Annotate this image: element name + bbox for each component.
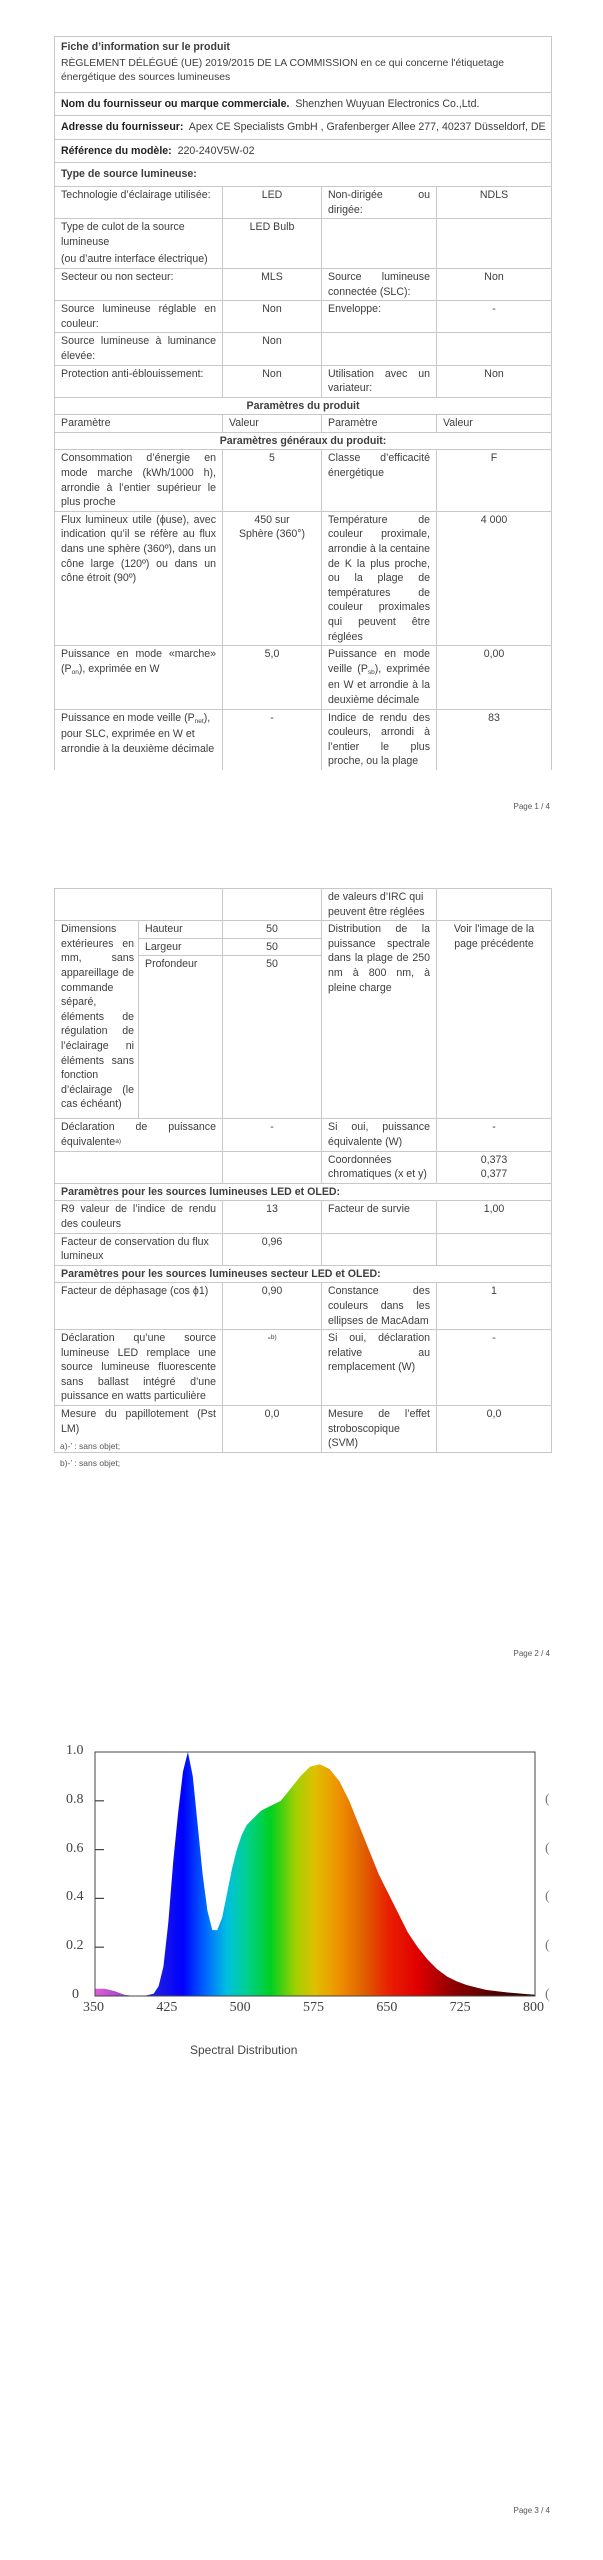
- right-tick-label: (: [545, 1841, 550, 1857]
- spectral-distribution-chart: 00.20.40.60.81.0 350425500575650725800 (…: [0, 1740, 603, 2090]
- param-value: -: [437, 1330, 552, 1406]
- param-label: [55, 889, 223, 921]
- param-label: de valeurs d’IRC qui peuvent être réglée…: [322, 889, 437, 921]
- param-value: 4 000: [437, 511, 552, 645]
- supplier-address: Apex CE Specialists GmbH , Grafenberger …: [189, 121, 546, 133]
- param-value: [223, 1151, 322, 1183]
- param-value: 0,00: [437, 646, 552, 709]
- x-tick-label: 500: [230, 2000, 251, 2016]
- right-tick-label: (: [545, 1987, 550, 2003]
- table-row: Source lumineuse réglable en couleur: No…: [55, 301, 552, 333]
- y-tick-label: 1.0: [66, 1743, 84, 1759]
- table-row: R9 valeur de l’indice de rendu des coule…: [55, 1201, 552, 1233]
- dimension-value: 50: [223, 938, 322, 956]
- param-value: 0,90: [223, 1283, 322, 1330]
- table-row: Coordonnées chromatiques (x et y) 0,3730…: [55, 1151, 552, 1183]
- param-value: 83: [437, 709, 552, 770]
- param-label: Puissance en mode «marche» (Pon), exprim…: [55, 646, 223, 709]
- x-tick-label: 575: [303, 2000, 324, 2016]
- table-row: Puissance en mode veille (Pnet), pour SL…: [55, 709, 552, 770]
- supplier-name-row: Nom du fournisseur ou marque commerciale…: [55, 92, 552, 116]
- param-value: 450 surSphère (360°): [223, 511, 322, 645]
- dimension-name: Hauteur: [139, 921, 223, 939]
- table-row: Protection anti-éblouissement: Non Utili…: [55, 365, 552, 397]
- y-tick-label: 0: [72, 1987, 79, 2003]
- param-value: -: [223, 709, 322, 770]
- param-label: Flux lumineux utile (ϕuse), avec indicat…: [55, 511, 223, 645]
- cap-type-label: Type de culot de la source lumineuse: [61, 220, 216, 249]
- table-row: Facteur de déphasage (cos ϕ1) 0,90 Const…: [55, 1283, 552, 1330]
- x-tick-label: 725: [450, 2000, 471, 2016]
- param-label: Facteur de conservation du flux lumineux: [55, 1233, 223, 1265]
- supplier-name: Shenzhen Wuyuan Electronics Co.,Ltd.: [295, 98, 479, 110]
- param-value: 13: [223, 1201, 322, 1233]
- page-title: Fiche d’information sur le produit: [55, 37, 552, 55]
- section-heading: Paramètres pour les sources lumineuses L…: [55, 1183, 552, 1201]
- param-value: Non: [223, 301, 322, 333]
- param-value: LED Bulb: [223, 219, 322, 269]
- x-tick-label: 650: [376, 2000, 397, 2016]
- model-value: 220-240V5W-02: [178, 145, 255, 157]
- y-tick-label: 0.4: [66, 1889, 84, 1905]
- param-value: 0,96: [223, 1233, 322, 1265]
- right-tick-label: (: [545, 1889, 550, 1905]
- spectral-chart-plot: [0, 1740, 603, 2090]
- param-label: Distribution de la puissance spectrale d…: [322, 921, 437, 1119]
- label-part: Puissance en mode veille (P: [61, 712, 195, 724]
- cap-type-sublabel: (ou d’autre interface électrique): [61, 252, 216, 267]
- param-value: -: [437, 301, 552, 333]
- param-value: 0,0: [437, 1406, 552, 1453]
- table-row: Facteur de conservation du flux lumineux…: [55, 1233, 552, 1265]
- param-label: Constance des couleurs dans les ellipses…: [322, 1283, 437, 1330]
- param-value: [437, 1233, 552, 1265]
- supplier-name-label: Nom du fournisseur ou marque commerciale…: [61, 98, 289, 110]
- dimensions-label: Dimensions extérieures en mm, sans appar…: [55, 921, 139, 1119]
- param-label: Secteur ou non secteur:: [55, 268, 223, 300]
- chroma-x: 0,373: [443, 1153, 545, 1168]
- param-label: [55, 1151, 223, 1183]
- table-row: Dimensions extérieures en mm, sans appar…: [55, 921, 552, 939]
- model-row: Référence du modèle: 220-240V5W-02: [55, 139, 552, 163]
- table-row: Technologie d’éclairage utilisée: LED No…: [55, 186, 552, 218]
- param-label: Utilisation avec un variateur:: [322, 365, 437, 397]
- param-label: [322, 219, 437, 269]
- param-value: NDLS: [437, 186, 552, 218]
- param-value: 0,0: [223, 1406, 322, 1453]
- param-label: Source lumineuse connectée (SLC):: [322, 268, 437, 300]
- supplier-address-row: Adresse du fournisseur: Apex CE Speciali…: [55, 116, 552, 140]
- dimension-name: Largeur: [139, 938, 223, 956]
- param-value: Non: [223, 333, 322, 365]
- param-label: Facteur de déphasage (cos ϕ1): [55, 1283, 223, 1330]
- param-label: Puissance en mode veille (Psb), exprimée…: [322, 646, 437, 709]
- param-value: [223, 889, 322, 921]
- param-value: Non: [437, 268, 552, 300]
- param-label: Technologie d’éclairage utilisée:: [55, 186, 223, 218]
- product-info-table-page2: de valeurs d’IRC qui peuvent être réglée…: [54, 888, 552, 1453]
- param-label: Non-dirigée ou dirigée:: [322, 186, 437, 218]
- param-label: Indice de rendu des couleurs, arrondi à …: [322, 709, 437, 770]
- flux-unit: Sphère (360°): [229, 527, 315, 542]
- label-part: Déclaration de puissance équivalente: [61, 1121, 216, 1148]
- param-value: Voir l'image de la page précédente: [437, 921, 552, 1119]
- x-tick-label: 800: [523, 2000, 544, 2016]
- param-value: -: [437, 1119, 552, 1151]
- param-label: Source lumineuse à luminance élevée:: [55, 333, 223, 365]
- column-header: Paramètre: [322, 415, 437, 433]
- param-value: 5: [223, 450, 322, 511]
- column-header: Valeur: [223, 415, 322, 433]
- table-row: de valeurs d’IRC qui peuvent être réglée…: [55, 889, 552, 921]
- param-value: -: [223, 1119, 322, 1151]
- supplier-address-label: Adresse du fournisseur:: [61, 121, 183, 133]
- x-tick-label: 350: [83, 2000, 104, 2016]
- footnote-ref: a): [115, 1138, 121, 1145]
- param-label: Puissance en mode veille (Pnet), pour SL…: [55, 709, 223, 770]
- subscript: sb: [368, 669, 375, 676]
- dimension-value: 50: [223, 956, 322, 1119]
- table-row: Flux lumineux utile (ϕuse), avec indicat…: [55, 511, 552, 645]
- param-label: Facteur de survie: [322, 1201, 437, 1233]
- param-label: Source lumineuse réglable en couleur:: [55, 301, 223, 333]
- param-value: 0,3730,377: [437, 1151, 552, 1183]
- param-label: Coordonnées chromatiques (x et y): [322, 1151, 437, 1183]
- dimension-name: Profondeur: [139, 956, 223, 1119]
- param-value: 1,00: [437, 1201, 552, 1233]
- param-label: Mesure de l’effet stroboscopique (SVM): [322, 1406, 437, 1453]
- param-value: MLS: [223, 268, 322, 300]
- param-value: 1: [437, 1283, 552, 1330]
- param-label: Déclaration qu’une source lumineuse LED …: [55, 1330, 223, 1406]
- param-value: LED: [223, 186, 322, 218]
- param-label: Si oui, déclaration relative au remplace…: [322, 1330, 437, 1406]
- model-label: Référence du modèle:: [61, 145, 172, 157]
- section-heading: Paramètres du produit: [55, 397, 552, 415]
- table-row: Mesure du papillotement (Pst LM) 0,0 Mes…: [55, 1406, 552, 1453]
- y-tick-label: 0.6: [66, 1841, 84, 1857]
- dimension-value: 50: [223, 921, 322, 939]
- y-tick-label: 0.2: [66, 1938, 84, 1954]
- table-row: Type de culot de la source lumineuse(ou …: [55, 219, 552, 269]
- section-heading: Paramètres pour les sources lumineuses s…: [55, 1265, 552, 1283]
- table-row: Déclaration qu’une source lumineuse LED …: [55, 1330, 552, 1406]
- light-source-type-heading: Type de source lumineuse:: [55, 163, 552, 187]
- param-label: R9 valeur de l’indice de rendu des coule…: [55, 1201, 223, 1233]
- flux-value: 450 sur: [229, 513, 315, 528]
- chart-title: Spectral Distribution: [190, 2043, 297, 2057]
- page-number: Page 1 / 4: [514, 802, 550, 811]
- param-value: Non: [437, 365, 552, 397]
- right-tick-label: (: [545, 1792, 550, 1808]
- subscript: net: [195, 718, 204, 725]
- footnote-b: b)-’ : sans objet;: [60, 1458, 120, 1468]
- section-heading: Paramètres généraux du produit:: [55, 432, 552, 450]
- right-tick-label: (: [545, 1938, 550, 1954]
- param-label: Enveloppe:: [322, 301, 437, 333]
- label-part: ), exprimée en W: [79, 663, 160, 675]
- column-headers: Paramètre Valeur Paramètre Valeur: [55, 415, 552, 433]
- page-number: Page 3 / 4: [514, 2506, 550, 2515]
- param-value: [437, 333, 552, 365]
- spectrum-area: [95, 1752, 535, 1996]
- regulation-text: RÈGLEMENT DÉLÉGUÉ (UE) 2019/2015 DE LA C…: [55, 55, 552, 93]
- param-label: [322, 1233, 437, 1265]
- subscript: on: [72, 669, 79, 676]
- param-label: Consommation d’énergie en mode marche (k…: [55, 450, 223, 511]
- param-label: Type de culot de la source lumineuse(ou …: [55, 219, 223, 269]
- param-label: [322, 333, 437, 365]
- column-header: Valeur: [437, 415, 552, 433]
- chroma-y: 0,377: [443, 1167, 545, 1182]
- param-value: 5,0: [223, 646, 322, 709]
- table-row: Source lumineuse à luminance élevée: Non: [55, 333, 552, 365]
- param-label: Si oui, puissance équivalente (W): [322, 1119, 437, 1151]
- footnote-a: a)-’ : sans objet;: [60, 1441, 120, 1451]
- param-value: Non: [223, 365, 322, 397]
- param-label: Déclaration de puissance équivalentea): [55, 1119, 223, 1151]
- param-label: Classe d’efficacité énergétique: [322, 450, 437, 511]
- column-header: Paramètre: [55, 415, 223, 433]
- table-row: Secteur ou non secteur: MLS Source lumin…: [55, 268, 552, 300]
- page-number: Page 2 / 4: [514, 1649, 550, 1658]
- table-row: Puissance en mode «marche» (Pon), exprim…: [55, 646, 552, 709]
- product-info-table-page1: Fiche d’information sur le produit RÈGLE…: [54, 36, 552, 770]
- param-label: Température de couleur proximale, arrond…: [322, 511, 437, 645]
- param-value: -b): [223, 1330, 322, 1406]
- y-tick-label: 0.8: [66, 1792, 84, 1808]
- footnote-ref: b): [271, 1334, 277, 1341]
- param-value: [437, 889, 552, 921]
- param-value: [437, 219, 552, 269]
- param-label: Protection anti-éblouissement:: [55, 365, 223, 397]
- x-tick-label: 425: [156, 2000, 177, 2016]
- table-row: Consommation d’énergie en mode marche (k…: [55, 450, 552, 511]
- param-value: F: [437, 450, 552, 511]
- table-row: Déclaration de puissance équivalentea) -…: [55, 1119, 552, 1151]
